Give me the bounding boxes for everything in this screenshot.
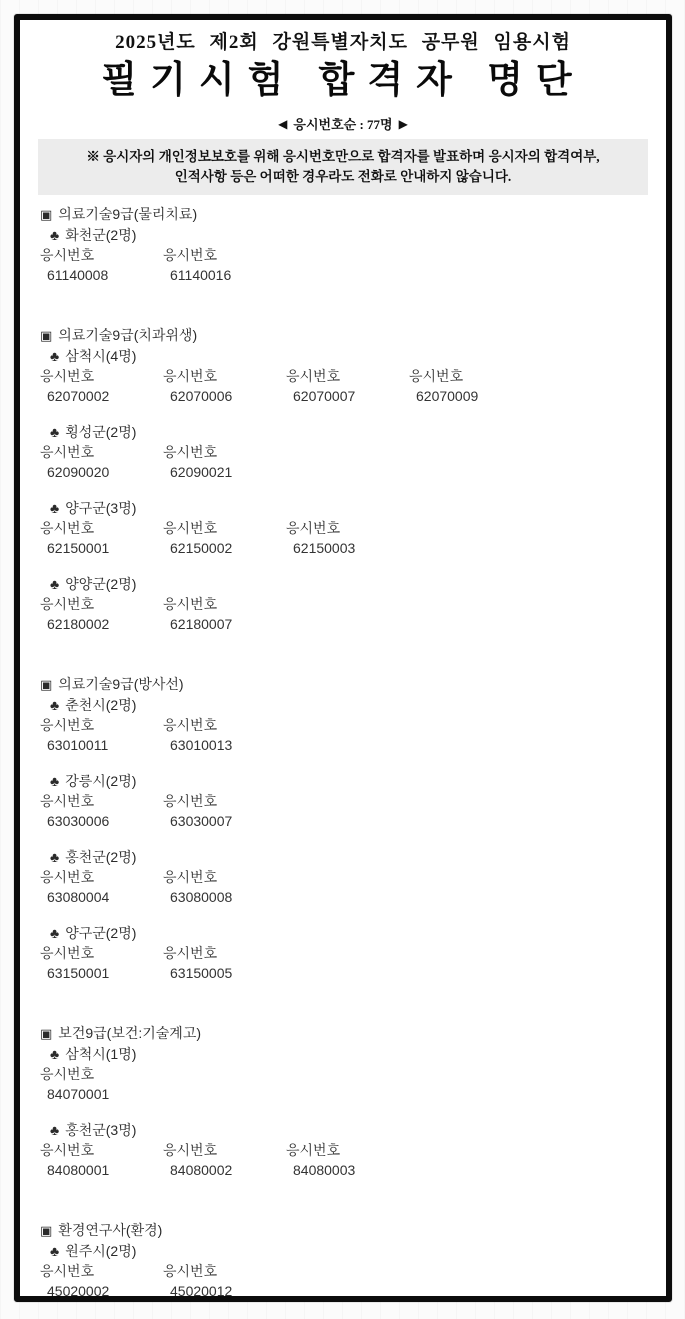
exam-number-label: 응시번호: [40, 245, 163, 265]
section-groups: ♣원주시(2명) 응시번호응시번호 4502000245020012: [40, 1241, 666, 1301]
exam-number-header-row: 응시번호응시번호: [40, 943, 666, 963]
right-arrow-icon: ▶: [399, 117, 408, 131]
exam-number-label: 응시번호: [40, 594, 163, 614]
region-group: ♣춘천시(2명) 응시번호응시번호 6301001163010013: [40, 695, 666, 755]
exam-number-value: 62090020: [40, 462, 163, 482]
section-marker-icon: ▣: [40, 677, 52, 692]
exam-number-value: 62150003: [286, 538, 409, 558]
region-title-text: 양양군(2명): [65, 576, 136, 592]
region-marker-icon: ♣: [50, 348, 59, 364]
exam-number-label: 응시번호: [40, 366, 163, 386]
exam-number-value-row: 6301001163010013: [40, 735, 666, 755]
region-marker-icon: ♣: [50, 576, 59, 592]
privacy-notice-line1: ※ 응시자의 개인정보보호를 위해 응시번호만으로 합격자를 발표하며 응시자의…: [44, 147, 642, 167]
exam-number-header-row: 응시번호응시번호: [40, 867, 666, 887]
exam-number-value: 62150002: [163, 538, 286, 558]
exam-number-value: 45020012: [163, 1281, 286, 1301]
exam-number-label: 응시번호: [163, 791, 286, 811]
exam-number-value-row: 6209002062090021: [40, 462, 666, 482]
region-marker-icon: ♣: [50, 925, 59, 941]
region-marker-icon: ♣: [50, 1046, 59, 1062]
region-title-text: 춘천시(2명): [65, 697, 136, 713]
exam-number-value: 62180007: [163, 614, 286, 634]
region-title-line: ♣강릉시(2명): [40, 771, 666, 791]
job-section: ▣의료기술9급(방사선) ♣춘천시(2명) 응시번호응시번호 630100116…: [40, 674, 666, 983]
exam-number-value-row: 6308000463080008: [40, 887, 666, 907]
exam-number-header-row: 응시번호응시번호: [40, 715, 666, 735]
exam-number-value: 63150005: [163, 963, 286, 983]
region-title-line: ♣홍천군(3명): [40, 1120, 666, 1140]
region-group: ♣삼척시(4명) 응시번호응시번호응시번호응시번호 62070002620700…: [40, 346, 666, 406]
region-marker-icon: ♣: [50, 500, 59, 516]
region-title-text: 화천군(2명): [65, 227, 136, 243]
exam-number-value: 63030006: [40, 811, 163, 831]
region-title-text: 양구군(3명): [65, 500, 136, 516]
exam-number-value-row: 6303000663030007: [40, 811, 666, 831]
region-group: ♣양구군(3명) 응시번호응시번호응시번호 621500016215000262…: [40, 498, 666, 558]
exam-number-header-row: 응시번호응시번호: [40, 1261, 666, 1281]
exam-number-value: 62150001: [40, 538, 163, 558]
exam-number-value: 84080002: [163, 1160, 286, 1180]
privacy-notice: ※ 응시자의 개인정보보호를 위해 응시번호만으로 합격자를 발표하며 응시자의…: [38, 139, 648, 195]
exam-number-label: 응시번호: [409, 366, 532, 386]
sort-info-text: 응시번호순 : 77명: [293, 117, 392, 132]
exam-number-label: 응시번호: [163, 1140, 286, 1160]
region-title-line: ♣홍천군(2명): [40, 847, 666, 867]
region-group: ♣강릉시(2명) 응시번호응시번호 6303000663030007: [40, 771, 666, 831]
region-title-line: ♣화천군(2명): [40, 225, 666, 245]
region-group: ♣홍천군(2명) 응시번호응시번호 6308000463080008: [40, 847, 666, 907]
exam-number-label: 응시번호: [40, 518, 163, 538]
exam-number-value: 62090021: [163, 462, 286, 482]
exam-number-label: 응시번호: [163, 366, 286, 386]
exam-number-label: 응시번호: [40, 442, 163, 462]
exam-number-value: 61140008: [40, 265, 163, 285]
exam-title: 2025년도 제2회 강원특별자치도 공무원 임용시험: [20, 30, 666, 56]
job-section: ▣환경연구사(환경) ♣원주시(2명) 응시번호응시번호 45020002450…: [40, 1220, 666, 1301]
region-marker-icon: ♣: [50, 424, 59, 440]
region-title-text: 양구군(2명): [65, 925, 136, 941]
exam-number-label: 응시번호: [40, 715, 163, 735]
exam-number-value-row: 840800018408000284080003: [40, 1160, 666, 1180]
exam-number-label: 응시번호: [286, 518, 409, 538]
exam-number-value: 63080008: [163, 887, 286, 907]
exam-number-value: 62070002: [40, 386, 163, 406]
exam-number-label: 응시번호: [163, 867, 286, 887]
region-title-line: ♣양양군(2명): [40, 574, 666, 594]
job-section: ▣보건9급(보건:기술계고) ♣삼척시(1명) 응시번호 84070001 ♣홍…: [40, 1023, 666, 1180]
job-title-text: 의료기술9급(방사선): [58, 676, 183, 692]
job-title-text: 의료기술9급(치과위생): [58, 327, 197, 343]
exam-number-value-row: 6114000861140016: [40, 265, 666, 285]
exam-number-label: 응시번호: [286, 366, 409, 386]
job-section: ▣의료기술9급(치과위생) ♣삼척시(4명) 응시번호응시번호응시번호응시번호 …: [40, 325, 666, 634]
region-title-line: ♣양구군(3명): [40, 498, 666, 518]
region-title-line: ♣삼척시(4명): [40, 346, 666, 366]
section-groups: ♣삼척시(4명) 응시번호응시번호응시번호응시번호 62070002620700…: [40, 346, 666, 634]
job-section-title: ▣의료기술9급(치과위생): [40, 325, 666, 346]
exam-number-value-row: 621500016215000262150003: [40, 538, 666, 558]
exam-number-label: 응시번호: [40, 791, 163, 811]
exam-number-value: 84080001: [40, 1160, 163, 1180]
document-frame: 2025년도 제2회 강원특별자치도 공무원 임용시험 필기시험 합격자 명단 …: [14, 14, 672, 1302]
exam-number-value-row: 6218000262180007: [40, 614, 666, 634]
exam-number-header-row: 응시번호응시번호응시번호응시번호: [40, 366, 666, 386]
exam-number-value: 63150001: [40, 963, 163, 983]
region-marker-icon: ♣: [50, 773, 59, 789]
privacy-notice-line2: 인적사항 등은 어떠한 경우라도 전화로 안내하지 않습니다.: [44, 167, 642, 187]
region-title-line: ♣춘천시(2명): [40, 695, 666, 715]
section-marker-icon: ▣: [40, 328, 52, 343]
exam-number-value: 45020002: [40, 1281, 163, 1301]
section-marker-icon: ▣: [40, 207, 52, 222]
section-groups: ♣삼척시(1명) 응시번호 84070001 ♣홍천군(3명) 응시번호응시번호…: [40, 1044, 666, 1180]
exam-number-value: 63010011: [40, 735, 163, 755]
region-marker-icon: ♣: [50, 849, 59, 865]
sections-container: ▣의료기술9급(물리치료) ♣화천군(2명) 응시번호응시번호 61140008…: [20, 195, 666, 1301]
region-group: ♣홍천군(3명) 응시번호응시번호응시번호 840800018408000284…: [40, 1120, 666, 1180]
job-title-text: 의료기술9급(물리치료): [58, 206, 197, 222]
region-title-text: 횡성군(2명): [65, 424, 136, 440]
exam-number-value-row: 6315000163150005: [40, 963, 666, 983]
region-title-line: ♣삼척시(1명): [40, 1044, 666, 1064]
exam-number-label: 응시번호: [40, 867, 163, 887]
region-title-text: 홍천군(2명): [65, 849, 136, 865]
exam-number-label: 응시번호: [163, 1261, 286, 1281]
region-marker-icon: ♣: [50, 1122, 59, 1138]
region-marker-icon: ♣: [50, 227, 59, 243]
region-group: ♣화천군(2명) 응시번호응시번호 6114000861140016: [40, 225, 666, 285]
exam-number-label: 응시번호: [40, 943, 163, 963]
job-section-title: ▣보건9급(보건:기술계고): [40, 1023, 666, 1044]
job-section-title: ▣의료기술9급(방사선): [40, 674, 666, 695]
exam-number-header-row: 응시번호응시번호: [40, 442, 666, 462]
section-groups: ♣춘천시(2명) 응시번호응시번호 6301001163010013 ♣강릉시(…: [40, 695, 666, 983]
exam-number-label: 응시번호: [163, 594, 286, 614]
exam-number-value-row: 62070002620700066207000762070009: [40, 386, 666, 406]
exam-number-value: 63030007: [163, 811, 286, 831]
region-title-text: 강릉시(2명): [65, 773, 136, 789]
exam-number-value: 62070006: [163, 386, 286, 406]
exam-number-header-row: 응시번호응시번호: [40, 791, 666, 811]
exam-number-value: 62180002: [40, 614, 163, 634]
exam-number-header-row: 응시번호응시번호: [40, 594, 666, 614]
region-group: ♣횡성군(2명) 응시번호응시번호 6209002062090021: [40, 422, 666, 482]
exam-number-label: 응시번호: [163, 442, 286, 462]
region-title-text: 삼척시(1명): [65, 1046, 136, 1062]
exam-number-label: 응시번호: [163, 715, 286, 735]
exam-number-label: 응시번호: [40, 1140, 163, 1160]
exam-number-label: 응시번호: [40, 1064, 163, 1084]
region-title-text: 삼척시(4명): [65, 348, 136, 364]
section-groups: ♣화천군(2명) 응시번호응시번호 6114000861140016: [40, 225, 666, 285]
exam-number-label: 응시번호: [163, 943, 286, 963]
sort-info-line: ◀응시번호순 : 77명▶: [20, 116, 666, 134]
exam-number-label: 응시번호: [163, 245, 286, 265]
region-group: ♣양구군(2명) 응시번호응시번호 6315000163150005: [40, 923, 666, 983]
region-title-line: ♣횡성군(2명): [40, 422, 666, 442]
region-title-text: 홍천군(3명): [65, 1122, 136, 1138]
exam-number-value: 63080004: [40, 887, 163, 907]
exam-number-value-row: 4502000245020012: [40, 1281, 666, 1301]
region-title-line: ♣원주시(2명): [40, 1241, 666, 1261]
region-group: ♣원주시(2명) 응시번호응시번호 4502000245020012: [40, 1241, 666, 1301]
region-marker-icon: ♣: [50, 697, 59, 713]
exam-number-label: 응시번호: [40, 1261, 163, 1281]
job-title-text: 환경연구사(환경): [58, 1222, 162, 1238]
region-marker-icon: ♣: [50, 1243, 59, 1259]
job-section-title: ▣환경연구사(환경): [40, 1220, 666, 1241]
section-marker-icon: ▣: [40, 1026, 52, 1041]
page-title: 필기시험 합격자 명단: [20, 58, 666, 104]
exam-number-value: 84080003: [286, 1160, 409, 1180]
exam-number-value-row: 84070001: [40, 1084, 666, 1104]
exam-number-value: 62070009: [409, 386, 532, 406]
exam-number-header-row: 응시번호: [40, 1064, 666, 1084]
region-title-text: 원주시(2명): [65, 1243, 136, 1259]
exam-number-label: 응시번호: [163, 518, 286, 538]
exam-number-header-row: 응시번호응시번호응시번호: [40, 1140, 666, 1160]
exam-number-value: 63010013: [163, 735, 286, 755]
job-section-title: ▣의료기술9급(물리치료): [40, 204, 666, 225]
job-section: ▣의료기술9급(물리치료) ♣화천군(2명) 응시번호응시번호 61140008…: [40, 204, 666, 285]
exam-number-header-row: 응시번호응시번호: [40, 245, 666, 265]
exam-number-value: 62070007: [286, 386, 409, 406]
exam-number-value: 84070001: [40, 1084, 163, 1104]
exam-number-label: 응시번호: [286, 1140, 409, 1160]
region-title-line: ♣양구군(2명): [40, 923, 666, 943]
region-group: ♣양양군(2명) 응시번호응시번호 6218000262180007: [40, 574, 666, 634]
exam-number-value: 61140016: [163, 265, 286, 285]
exam-number-header-row: 응시번호응시번호응시번호: [40, 518, 666, 538]
job-title-text: 보건9급(보건:기술계고): [58, 1025, 201, 1041]
region-group: ♣삼척시(1명) 응시번호 84070001: [40, 1044, 666, 1104]
left-arrow-icon: ◀: [278, 117, 287, 131]
section-marker-icon: ▣: [40, 1223, 52, 1238]
